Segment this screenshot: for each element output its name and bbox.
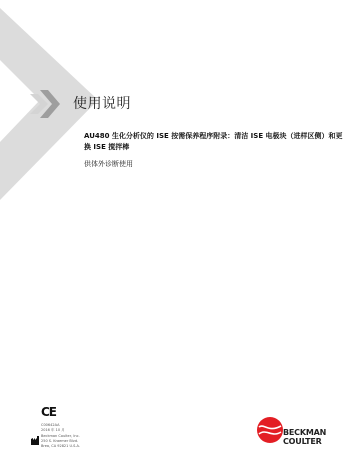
ce-mark: CE [41, 405, 56, 419]
manufacturer-factory-icon [31, 436, 40, 445]
decorative-chevron-band [0, 0, 360, 466]
logo-text-line1: BECKMAN [283, 428, 326, 437]
manufacturer-address: Beckman Coulter, Inc. 250 S. Kraemer Blv… [41, 434, 80, 449]
manufacturer-line: Brea, CA 92821 U.S.A. [41, 444, 80, 449]
document-subtitle: AU480 生化分析仪的 ISE 按需保养程序附录：清洁 ISE 电极块（进样区… [84, 131, 344, 153]
ivd-note: 供体外诊断使用 [84, 159, 133, 169]
document-title: 使用说明 [73, 93, 131, 113]
publication-date: 2016 年 10 月 [41, 428, 65, 433]
logo-text-line2: COULTER [283, 437, 322, 446]
